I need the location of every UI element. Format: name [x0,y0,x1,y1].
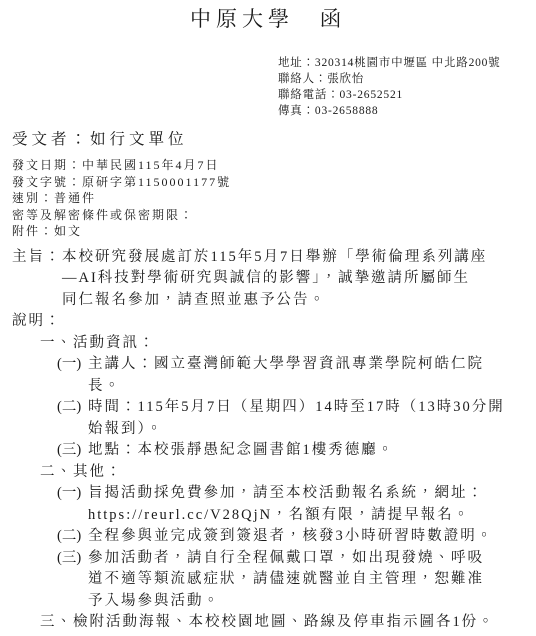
subject-line: 本校研究發展處訂於115年5月7日舉辦「學術倫理系列講座 [62,247,536,269]
list-item-line: 全程參與並完成簽到簽退者，核發3小時研習時數證明。 [88,526,536,548]
list-item-marker: (一) [57,483,88,505]
contact-person: 聯絡人：張欣怡 [278,71,501,87]
official-letter-page: 中原大學 函 地址：320314桃園市中壢區 中北路200號 聯絡人：張欣怡 聯… [0,0,536,636]
section-heading-3: 三、檢附活動海報、本校校園地圖、路線及停車指示圖各1份。 [40,612,536,634]
list-item-line: 地點：本校張靜愚紀念圖書館1樓秀德廳。 [88,440,536,462]
letter-body: 主旨： 本校研究發展處訂於115年5月7日舉辦「學術倫理系列講座 —AI科技對學… [12,247,536,634]
subject-line: —AI科技對學術研究與誠信的影響」，誠摯邀請所屬師生 [62,268,536,290]
meta-speed-class: 速別：普通件 [12,190,536,207]
list-item: (三) 地點：本校張靜愚紀念圖書館1樓秀德廳。 [57,440,536,462]
recipient-line: 受文者：如行文單位 [12,130,536,150]
list-item: (三) 參加活動者，請自行全程佩戴口罩，如出現發燒、呼吸 道不適等類流感症狀，請… [57,548,536,613]
list-item: (一) 主講人：國立臺灣師範大學學習資訊專業學院柯皓仁院 長。 [57,354,536,397]
list-item-content: 全程參與並完成簽到簽退者，核發3小時研習時數證明。 [88,526,536,548]
list-item-content: 旨揭活動採免費參加，請至本校活動報名系統，網址： https://reurl.c… [88,483,536,526]
list-item-content: 地點：本校張靜愚紀念圖書館1樓秀德廳。 [88,440,536,462]
subject-content: 本校研究發展處訂於115年5月7日舉辦「學術倫理系列講座 —AI科技對學術研究與… [62,247,536,312]
meta-doc-number: 發文字號：原研字第1150001177號 [12,174,536,191]
explanation-label: 說明： [12,311,536,333]
list-item-marker: (二) [57,526,88,548]
list-item: (一) 旨揭活動採免費參加，請至本校活動報名系統，網址： https://reu… [57,483,536,526]
list-item-marker: (二) [57,397,88,419]
list-item-marker: (三) [57,548,88,570]
section-heading-1: 一、活動資訊： [40,333,536,355]
list-item: (二) 時間：115年5月7日（星期四）14時至17時（13時30分開 始報到）… [57,397,536,440]
subject-line: 同仁報名參加，請查照並惠予公告。 [62,290,536,312]
list-item-line: 主講人：國立臺灣師範大學學習資訊專業學院柯皓仁院 [88,354,536,376]
section-heading-2: 二、其他： [40,462,536,484]
subject-label: 主旨： [12,247,62,269]
contact-address: 地址：320314桃園市中壢區 中北路200號 [278,55,501,71]
list-item-line: 予入場參與活動。 [88,591,536,613]
list-item-line: 旨揭活動採免費參加，請至本校活動報名系統，網址： [88,483,536,505]
list-item-line: 始報到）。 [88,419,536,441]
contact-phone: 聯絡電話：03-2652521 [278,87,501,103]
list-item-content: 時間：115年5月7日（星期四）14時至17時（13時30分開 始報到）。 [88,397,536,440]
contact-fax: 傳真：03-2658888 [278,103,501,119]
list-item: (二) 全程參與並完成簽到簽退者，核發3小時研習時數證明。 [57,526,536,548]
list-item-line: 時間：115年5月7日（星期四）14時至17時（13時30分開 [88,397,536,419]
list-item-content: 主講人：國立臺灣師範大學學習資訊專業學院柯皓仁院 長。 [88,354,536,397]
registration-url-line: https://reurl.cc/V28QjN，名額有限，請提早報名。 [88,505,536,527]
contact-block: 地址：320314桃園市中壢區 中北路200號 聯絡人：張欣怡 聯絡電話：03-… [278,55,501,119]
list-item-line: 參加活動者，請自行全程佩戴口罩，如出現發燒、呼吸 [88,548,536,570]
list-item-line: 長。 [88,376,536,398]
meta-security-class: 密等及解密條件或保密期限： [12,207,536,224]
list-item-marker: (一) [57,354,88,376]
meta-issue-date: 發文日期：中華民國115年4月7日 [12,157,536,174]
document-title: 中原大學 函 [0,0,536,33]
list-item-line: 道不適等類流感症狀，請儘速就醫並自主管理，恕難准 [88,569,536,591]
list-item-marker: (三) [57,440,88,462]
meta-block: 發文日期：中華民國115年4月7日 發文字號：原研字第1150001177號 速… [12,157,536,240]
list-item-content: 參加活動者，請自行全程佩戴口罩，如出現發燒、呼吸 道不適等類流感症狀，請儘速就醫… [88,548,536,613]
subject-paragraph: 主旨： 本校研究發展處訂於115年5月7日舉辦「學術倫理系列講座 —AI科技對學… [12,247,536,312]
meta-attachment: 附件：如文 [12,223,536,240]
